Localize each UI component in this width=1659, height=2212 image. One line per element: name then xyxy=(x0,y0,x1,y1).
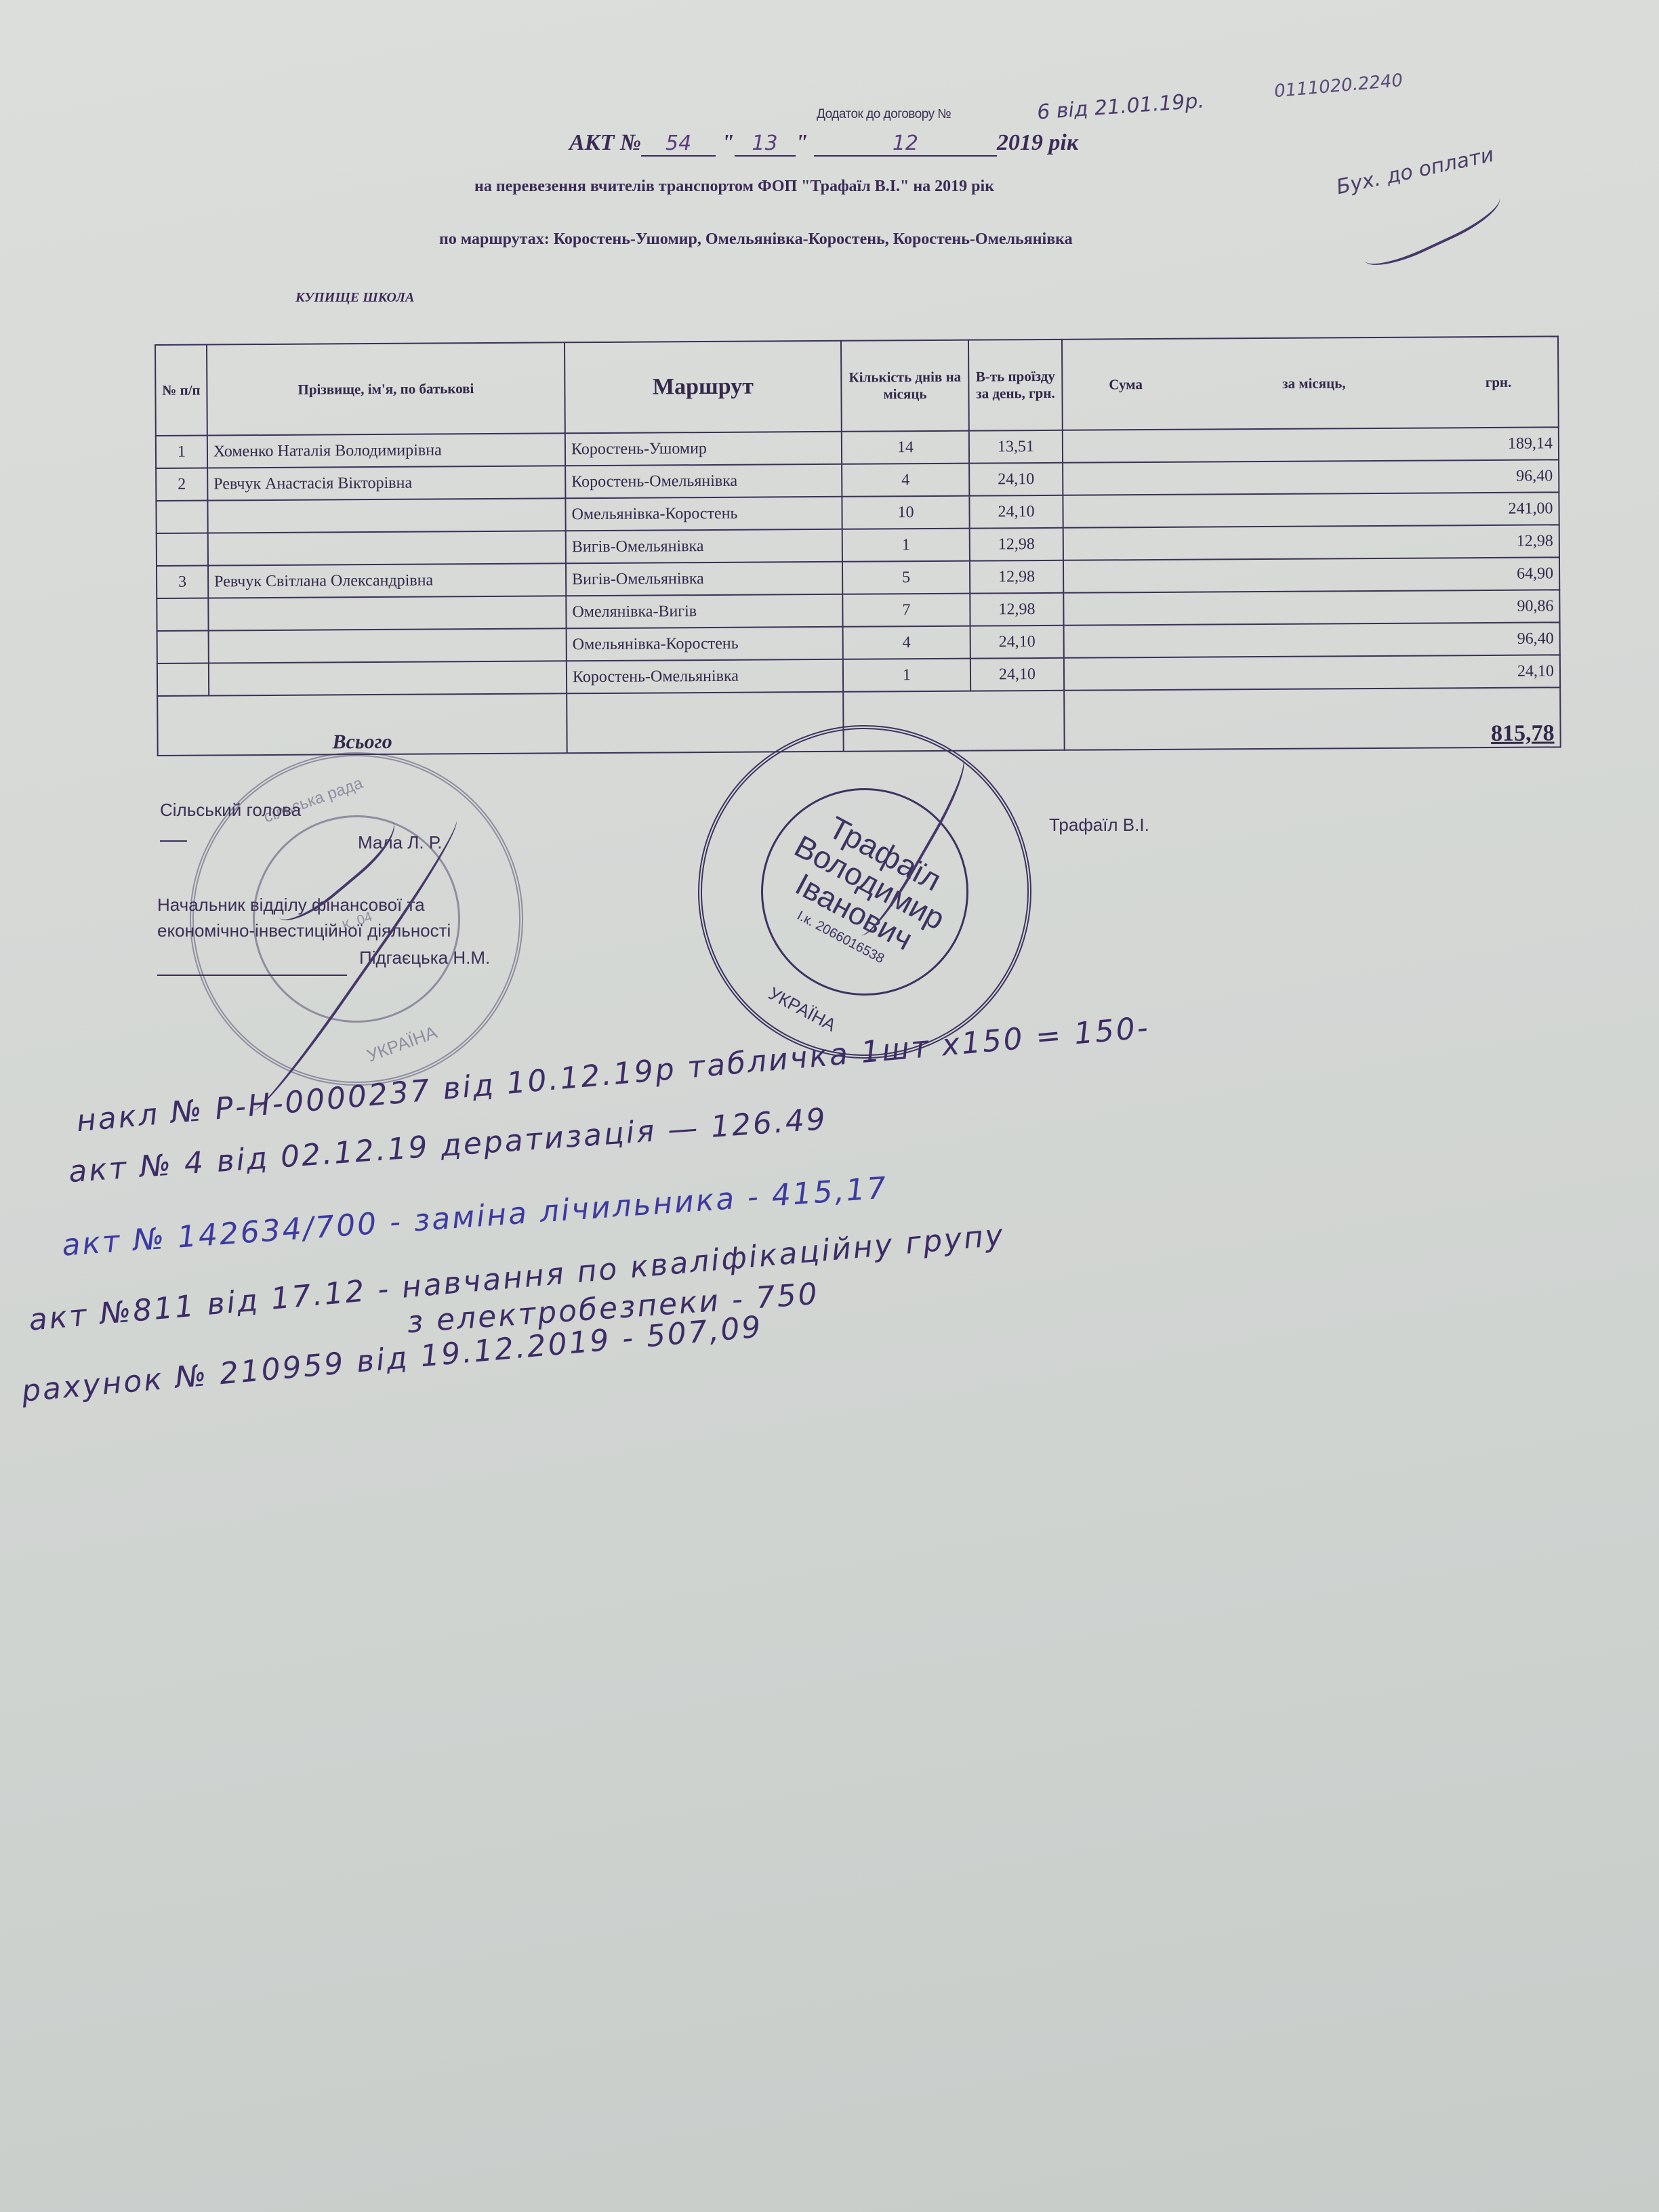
row-price: 24,10 xyxy=(969,495,1063,529)
row-price: 12,98 xyxy=(970,560,1063,594)
act-year: 2019 рік xyxy=(997,130,1078,155)
corner-handwritten-number: 0111020.2240 xyxy=(1273,70,1404,102)
act-prefix: АКТ № xyxy=(569,130,641,155)
row-days: 4 xyxy=(843,626,970,659)
total-value: 815,78 xyxy=(1064,687,1561,750)
row-sum: 96,40 xyxy=(1064,622,1560,657)
row-route: Вигів-Омельянівка xyxy=(566,529,842,563)
row-no: 3 xyxy=(157,566,208,598)
header-days: Кількість днів на місяць xyxy=(841,340,969,432)
row-sum: 90,86 xyxy=(1063,590,1559,625)
header-sum-part: грн. xyxy=(1486,373,1512,390)
row-name xyxy=(207,498,565,533)
row-days: 1 xyxy=(842,529,970,562)
routes-line: по маршрутах: Коростень-Ушомир, Омельяні… xyxy=(439,230,1073,249)
act-title: АКТ №54 "13" 122019 рік xyxy=(569,130,1078,157)
row-no: 1 xyxy=(156,436,207,468)
row-sum: 189,14 xyxy=(1063,427,1559,462)
total-label: Всього xyxy=(157,693,567,756)
row-days: 4 xyxy=(842,464,969,497)
row-name xyxy=(208,596,566,630)
row-no: 2 xyxy=(156,468,207,501)
row-name xyxy=(209,628,567,663)
row-sum: 241,00 xyxy=(1063,492,1559,527)
row-days: 7 xyxy=(842,594,970,627)
row-route: Омельянівка-Коростень xyxy=(565,497,842,531)
row-price: 24,10 xyxy=(970,658,1064,691)
row-route: Коростень-Ушомир xyxy=(565,432,842,466)
row-days: 10 xyxy=(842,496,969,529)
row-days: 14 xyxy=(842,431,969,464)
act-day: 13 xyxy=(735,131,796,157)
row-no xyxy=(157,533,208,566)
header-no: № п/п xyxy=(155,345,207,436)
row-sum: 24,10 xyxy=(1064,655,1560,690)
row-name: Ревчук Анастасія Вікторівна xyxy=(207,466,565,500)
row-name: Хоменко Наталія Володимирівна xyxy=(207,433,565,468)
table-header-row: № п/п Прізвище, ім'я, по батькові Маршру… xyxy=(155,336,1559,436)
row-price: 12,98 xyxy=(970,528,1063,561)
header-sum-part: Сума xyxy=(1109,376,1143,393)
header-sum: Сума за місяць, грн. xyxy=(1062,336,1559,430)
row-sum: 12,98 xyxy=(1063,525,1559,560)
row-no xyxy=(157,663,209,696)
row-no xyxy=(157,631,209,663)
row-route: Омельянівка-Коростень xyxy=(567,627,843,661)
row-no xyxy=(156,501,207,533)
row-price: 24,10 xyxy=(969,463,1063,496)
row-days: 5 xyxy=(842,561,970,594)
carrier-name: Трафаїл В.І. xyxy=(1049,815,1149,836)
act-month: 12 xyxy=(814,131,997,157)
row-route: Коростень-Омельянівка xyxy=(565,464,842,498)
act-number: 54 xyxy=(641,131,716,157)
appendix-handwritten: 6 від 21.01.19р. xyxy=(1036,89,1205,124)
header-name: Прізвище, ім'я, по батькові xyxy=(207,342,565,435)
row-sum: 64,90 xyxy=(1063,557,1559,592)
row-name xyxy=(209,661,567,695)
document-page: Додаток до договору № 6 від 21.01.19р. 0… xyxy=(0,0,1659,2212)
row-price: 24,10 xyxy=(970,626,1064,659)
appendix-label: Додаток до договору № xyxy=(817,107,951,122)
row-route: Коростень-Омельянівка xyxy=(567,659,843,693)
row-sum: 96,40 xyxy=(1063,459,1559,495)
header-sum-part: за місяць, xyxy=(1282,375,1346,392)
school-name: КУПИЩЕ ШКОЛА xyxy=(295,290,414,306)
signature-line xyxy=(160,840,187,842)
row-days: 1 xyxy=(843,659,970,692)
row-route: Вигів-Омельянівка xyxy=(566,562,842,596)
row-price: 13,51 xyxy=(969,430,1063,464)
stamp-ring-text: УКРАЇНА xyxy=(765,983,840,1036)
row-price: 12,98 xyxy=(970,593,1063,626)
stamp-ring-text: УКРАЇНА xyxy=(364,1022,440,1067)
row-name xyxy=(208,531,566,565)
header-route: Маршрут xyxy=(565,341,842,433)
row-no xyxy=(157,598,208,631)
row-route: Омелянівка-Вигів xyxy=(566,594,842,628)
row-name: Ревчук Світлана Олександрівна xyxy=(208,563,566,598)
transport-act-table: № п/п Прізвище, ім'я, по батькові Маршру… xyxy=(155,335,1561,756)
header-price: В-ть проїзду за день, грн. xyxy=(968,340,1063,431)
act-subtitle: на перевезення вчителів транспортом ФОП … xyxy=(474,178,994,196)
